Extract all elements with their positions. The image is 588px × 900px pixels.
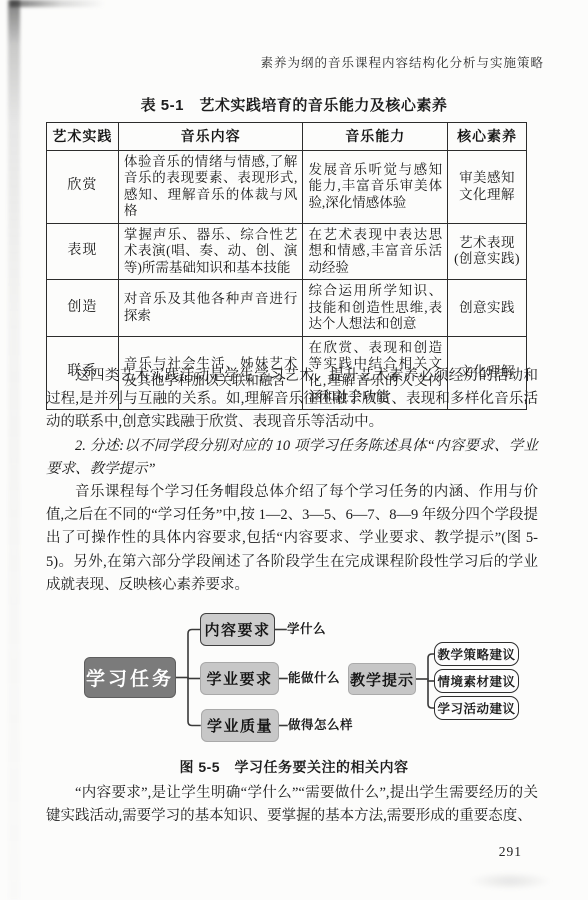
scan-shadow-top — [10, 0, 105, 7]
header-core-literacy: 核心素养 — [448, 123, 527, 151]
diagram-item-teaching-strategy: 教学策略建议 — [434, 642, 519, 666]
paragraph: “内容要求”,是让学生明确“学什么”“需要做什么”,提出学生需要经历的关键实践活… — [46, 782, 538, 828]
running-head: 素养为纲的音乐课程内容结构化分析与实施策略 — [260, 53, 544, 71]
cell-content: 对音乐及其他各种声音进行探索 — [118, 280, 303, 337]
diagram-annotation-how-well-done: 做得怎么样 — [288, 717, 353, 734]
table-title: 表 5-1 艺术实践培育的音乐能力及核心素养 — [0, 94, 588, 115]
diagram-teaching-hint-box: 教学提示 — [348, 663, 416, 695]
cell-ability: 综合运用所学知识、技能和创造性思维,表达个人想法和创意 — [303, 280, 448, 337]
cell-content: 体验音乐的情绪与情感,了解音乐的表现要素、表现形式,感知、理解音乐的体裁与风格 — [118, 150, 303, 223]
figure-diagram: 学习任务 内容要求 学业要求 学业质量 学什么 能做什么 做得怎么样 教学提示 … — [0, 600, 588, 760]
cell-literacy: 审美感知 文化理解 — [448, 150, 527, 223]
cell-practice: 创造 — [47, 280, 119, 337]
paragraph-emphasis: 2. 分述:以不同学段分别对应的 10 项学习任务陈述具体“内容要求、学业要求、… — [46, 435, 538, 481]
diagram-item-learning-activity: 学习活动建议 — [434, 696, 519, 720]
table-row: 表现 掌握声乐、器乐、综合性艺术表演(唱、奏、动、创、演等)所需基础知识和基本技… — [47, 223, 527, 280]
cell-literacy: 艺术表现 (创意实践) — [448, 223, 527, 280]
paragraph: 音乐课程每个学习任务帽段总体介绍了每个学习任务的内涵、作用与价值,之后在不同的“… — [46, 481, 538, 597]
cell-literacy: 创意实践 — [448, 280, 527, 337]
paragraph: 这四类艺术实践活动是学生学习艺术、提升艺术素养必须经历的活动和过程,是并列与互融… — [46, 365, 538, 435]
diagram-annotation-what-can-do: 能做什么 — [288, 670, 340, 687]
cell-content: 掌握声乐、器乐、综合性艺术表演(唱、奏、动、创、演等)所需基础知识和基本技能 — [118, 223, 303, 280]
book-page: 素养为纲的音乐课程内容结构化分析与实施策略 表 5-1 艺术实践培育的音乐能力及… — [0, 0, 588, 900]
header-art-practice: 艺术实践 — [47, 123, 119, 151]
header-music-content: 音乐内容 — [118, 123, 303, 151]
diagram-branch-academic-quality: 学业质量 — [201, 709, 279, 742]
figure-caption: 图 5-5 学习任务要关注的相关内容 — [0, 757, 588, 777]
scan-smudge-bottom — [468, 872, 552, 890]
diagram-item-situation-material: 情境素材建议 — [434, 669, 519, 693]
diagram-annotation-what-to-learn: 学什么 — [287, 621, 326, 638]
table-header-row: 艺术实践 音乐内容 音乐能力 核心素养 — [47, 123, 527, 151]
table-row: 欣赏 体验音乐的情绪与情感,了解音乐的表现要素、表现形式,感知、理解音乐的体裁与… — [47, 150, 527, 223]
cell-practice: 表现 — [47, 223, 119, 280]
diagram-branch-academic-requirement: 学业要求 — [200, 662, 279, 695]
cell-practice: 欣赏 — [47, 150, 119, 223]
body-text-block: 这四类艺术实践活动是学生学习艺术、提升艺术素养必须经历的活动和过程,是并列与互融… — [46, 365, 538, 597]
header-music-ability: 音乐能力 — [303, 123, 448, 151]
body-text-block: “内容要求”,是让学生明确“学什么”“需要做什么”,提出学生需要经历的关键实践活… — [46, 782, 538, 828]
diagram-branch-content-requirement: 内容要求 — [200, 613, 275, 646]
cell-ability: 发展音乐听觉与感知能力,丰富音乐审美体验,深化情感体验 — [303, 150, 448, 223]
cell-ability: 在艺术表现中表达思想和情感,丰富音乐活动经验 — [303, 223, 448, 280]
diagram-root-box: 学习任务 — [84, 657, 176, 698]
page-number: 291 — [499, 844, 522, 860]
table-row: 创造 对音乐及其他各种声音进行探索 综合运用所学知识、技能和创造性思维,表达个人… — [47, 280, 527, 337]
